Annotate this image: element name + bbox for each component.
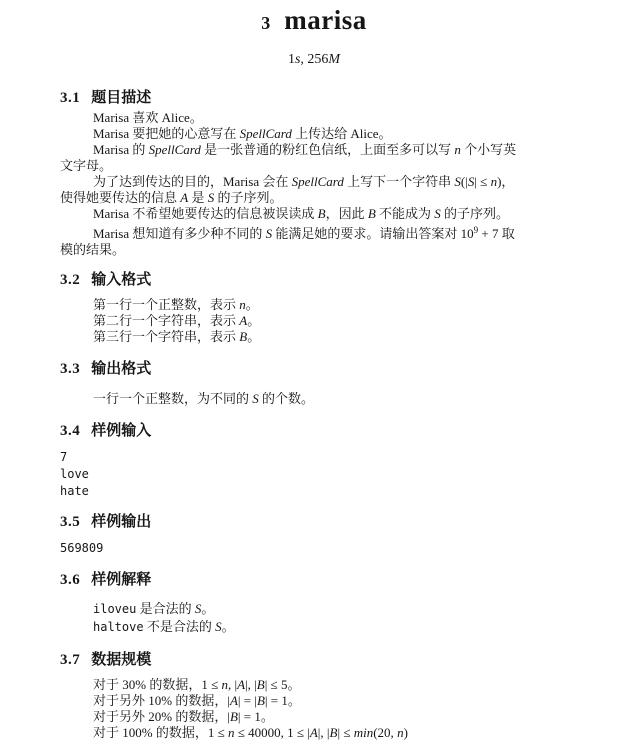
section-body-3-3: 一行一个正整数，为不同的 S 的个数。 — [60, 391, 568, 407]
body-line: 一行一个正整数，为不同的 S 的个数。 — [60, 391, 568, 407]
text-segment: | ≤ — [474, 174, 490, 189]
sample-input-block: 7 love hate — [60, 449, 568, 500]
sample-output-block: 569809 — [60, 540, 568, 557]
body-line: 第一行一个正整数，表示 n。 — [60, 297, 568, 313]
doc-title-number: 3 — [261, 13, 270, 33]
text-segment: 能满足她的要求。请输出答案对 10 — [272, 226, 474, 241]
text-segment: 。 — [247, 313, 260, 328]
text-segment: A — [310, 725, 318, 740]
section-heading-3-5: 3.5样例输出 — [60, 514, 568, 530]
section-heading-3-4: 3.4样例输入 — [60, 423, 568, 439]
body-line: 第二行一个字符串，表示 A。 — [60, 313, 568, 329]
text-segment: 上写下一个字符串 — [344, 174, 455, 189]
text-segment: min — [354, 725, 374, 740]
text-segment: 是 — [188, 190, 208, 205]
text-segment: )， — [497, 174, 514, 189]
section-heading-text: 输出格式 — [91, 361, 151, 377]
text-segment: 为了达到传达的目的，Marisa 会在 — [93, 174, 292, 189]
text-segment: |, | — [318, 725, 330, 740]
text-segment: |, | — [245, 677, 257, 692]
body-line: 对于另外 20% 的数据，|B| = 1。 — [60, 709, 568, 725]
section-heading-text: 样例输入 — [91, 423, 151, 439]
section-heading-text: 题目描述 — [91, 90, 151, 106]
body-line: 为了达到传达的目的，Marisa 会在 SpellCard 上写下一个字符串 S… — [60, 174, 568, 190]
text-segment: 。 — [247, 329, 260, 344]
body-line: 对于 100% 的数据，1 ≤ n ≤ 40000, 1 ≤ |A|, |B| … — [60, 725, 568, 741]
section-number: 3.3 — [60, 361, 80, 377]
section-heading-text: 样例解释 — [91, 572, 151, 588]
text-segment: 的子序列。 — [214, 190, 282, 205]
text-column: 3marisa 1s, 256M 3.1题目描述 Marisa 喜欢 Alice… — [0, 0, 628, 741]
text-segment: 模的结果。 — [60, 242, 125, 257]
text-segment: | = | — [238, 693, 257, 708]
text-segment: 上传达给 Alice。 — [292, 126, 392, 141]
text-segment: 第三行一个字符串，表示 — [93, 329, 239, 344]
section-heading-text: 样例输出 — [91, 514, 151, 530]
text-segment: haltove — [93, 620, 144, 634]
section-heading-3-2: 3.2输入格式 — [60, 272, 568, 288]
text-segment: (| — [461, 174, 468, 189]
text-segment: 是一张普通的粉红色信纸，上面至多可以写 — [201, 142, 455, 157]
text-segment: + 7 取 — [478, 226, 515, 241]
text-segment: iloveu — [93, 602, 136, 616]
code-line: 569809 — [60, 540, 568, 557]
text-segment: 不是合法的 — [144, 619, 216, 634]
text-segment: ≤ 40000, 1 ≤ | — [234, 725, 309, 740]
text-segment: ) — [404, 725, 408, 740]
body-line: Marisa 喜欢 Alice。 — [60, 110, 568, 126]
code-line: hate — [60, 483, 568, 500]
code-line: 7 — [60, 449, 568, 466]
text-segment: 第一行一个正整数，表示 — [93, 297, 239, 312]
doc-title: 3marisa — [60, 6, 568, 39]
body-line: 对于另外 10% 的数据，|A| = |B| = 1。 — [60, 693, 568, 709]
text-segment: 对于另外 20% 的数据，| — [93, 709, 230, 724]
text-segment: 第二行一个字符串，表示 — [93, 313, 239, 328]
text-segment: Marisa 想知道有多少种不同的 — [93, 226, 266, 241]
text-segment: 个小写英 — [461, 142, 516, 157]
text-segment: 对于 100% 的数据，1 ≤ — [93, 725, 228, 740]
section-number: 3.6 — [60, 572, 80, 588]
section-heading-3-7: 3.7数据规模 — [60, 652, 568, 668]
body-line: Marisa 的 SpellCard 是一张普通的粉红色信纸，上面至多可以写 n… — [60, 142, 568, 158]
text-segment: 1 — [288, 52, 295, 67]
text-segment: (20, — [373, 725, 397, 740]
text-segment: | = 1。 — [265, 693, 301, 708]
section-heading-3-6: 3.6样例解释 — [60, 572, 568, 588]
doc-title-text: marisa — [284, 5, 366, 35]
text-segment: 对于 30% 的数据，1 ≤ — [93, 677, 221, 692]
body-line: 第三行一个字符串，表示 B。 — [60, 329, 568, 345]
body-line: 对于 30% 的数据，1 ≤ n, |A|, |B| ≤ 5。 — [60, 677, 568, 693]
text-segment: 是合法的 — [136, 601, 195, 616]
section-heading-text: 数据规模 — [91, 652, 151, 668]
text-segment: ，因此 — [326, 206, 368, 221]
text-segment: 一行一个正整数，为不同的 — [93, 391, 252, 406]
limits-line: 1s, 256M — [60, 51, 568, 68]
text-segment: | ≤ — [337, 725, 353, 740]
body-line: Marisa 想知道有多少种不同的 S 能满足她的要求。请输出答案对 109 +… — [60, 222, 568, 242]
body-line: iloveu 是合法的 S。 — [60, 600, 568, 618]
text-segment: Marisa 的 — [93, 142, 149, 157]
section-number: 3.7 — [60, 652, 80, 668]
body-line: 文字母。 — [60, 158, 568, 174]
section-number: 3.5 — [60, 514, 80, 530]
code-line: love — [60, 466, 568, 483]
text-segment: 的子序列。 — [441, 206, 509, 221]
section-body-3-1: Marisa 喜欢 Alice。 Marisa 要把她的心意写在 SpellCa… — [60, 110, 568, 258]
body-line: 使得她要传达的信息 A 是 S 的子序列。 — [60, 190, 568, 206]
text-segment: Marisa 不希望她要传达的信息被误读成 — [93, 206, 318, 221]
text-segment: | = 1。 — [238, 709, 274, 724]
text-segment: B — [318, 206, 326, 221]
section-body-3-2: 第一行一个正整数，表示 n。 第二行一个字符串，表示 A。 第三行一个字符串，表… — [60, 297, 568, 345]
text-segment: A — [237, 677, 245, 692]
text-segment: Marisa 要把她的心意写在 — [93, 126, 240, 141]
text-segment: 。 — [222, 619, 235, 634]
text-segment: 。 — [201, 601, 214, 616]
text-segment: 不能成为 — [376, 206, 435, 221]
body-line: 模的结果。 — [60, 242, 568, 258]
text-segment: , | — [228, 677, 237, 692]
section-body-3-7: 对于 30% 的数据，1 ≤ n, |A|, |B| ≤ 5。 对于另外 10%… — [60, 677, 568, 741]
section-heading-3-3: 3.3输出格式 — [60, 361, 568, 377]
body-line: haltove 不是合法的 S。 — [60, 618, 568, 636]
text-segment: SpellCard — [292, 174, 344, 189]
section-number: 3.1 — [60, 90, 80, 106]
document-page: 3marisa 1s, 256M 3.1题目描述 Marisa 喜欢 Alice… — [0, 0, 628, 743]
section-heading-text: 输入格式 — [91, 272, 151, 288]
text-segment: 的个数。 — [259, 391, 314, 406]
text-segment: 文字母。 — [60, 158, 112, 173]
text-segment: SpellCard — [149, 142, 201, 157]
body-line: Marisa 要把她的心意写在 SpellCard 上传达给 Alice。 — [60, 126, 568, 142]
body-line: Marisa 不希望她要传达的信息被误读成 B，因此 B 不能成为 S 的子序列… — [60, 206, 568, 222]
text-segment: | ≤ 5。 — [265, 677, 301, 692]
text-segment: M — [328, 52, 340, 67]
text-segment: 对于另外 10% 的数据，| — [93, 693, 230, 708]
text-segment: 。 — [246, 297, 259, 312]
section-number: 3.2 — [60, 272, 80, 288]
text-segment: , 256 — [300, 52, 328, 67]
text-segment: B — [257, 693, 265, 708]
text-segment: 使得她要传达的信息 — [60, 190, 180, 205]
text-segment: A — [230, 693, 238, 708]
text-segment: B — [257, 677, 265, 692]
section-body-3-6: iloveu 是合法的 S。 haltove 不是合法的 S。 — [60, 600, 568, 636]
text-segment: B — [368, 206, 376, 221]
text-segment: B — [230, 709, 238, 724]
text-segment: Marisa 喜欢 Alice。 — [93, 110, 203, 125]
section-number: 3.4 — [60, 423, 80, 439]
section-heading-3-1: 3.1题目描述 — [60, 90, 568, 106]
text-segment: SpellCard — [240, 126, 292, 141]
